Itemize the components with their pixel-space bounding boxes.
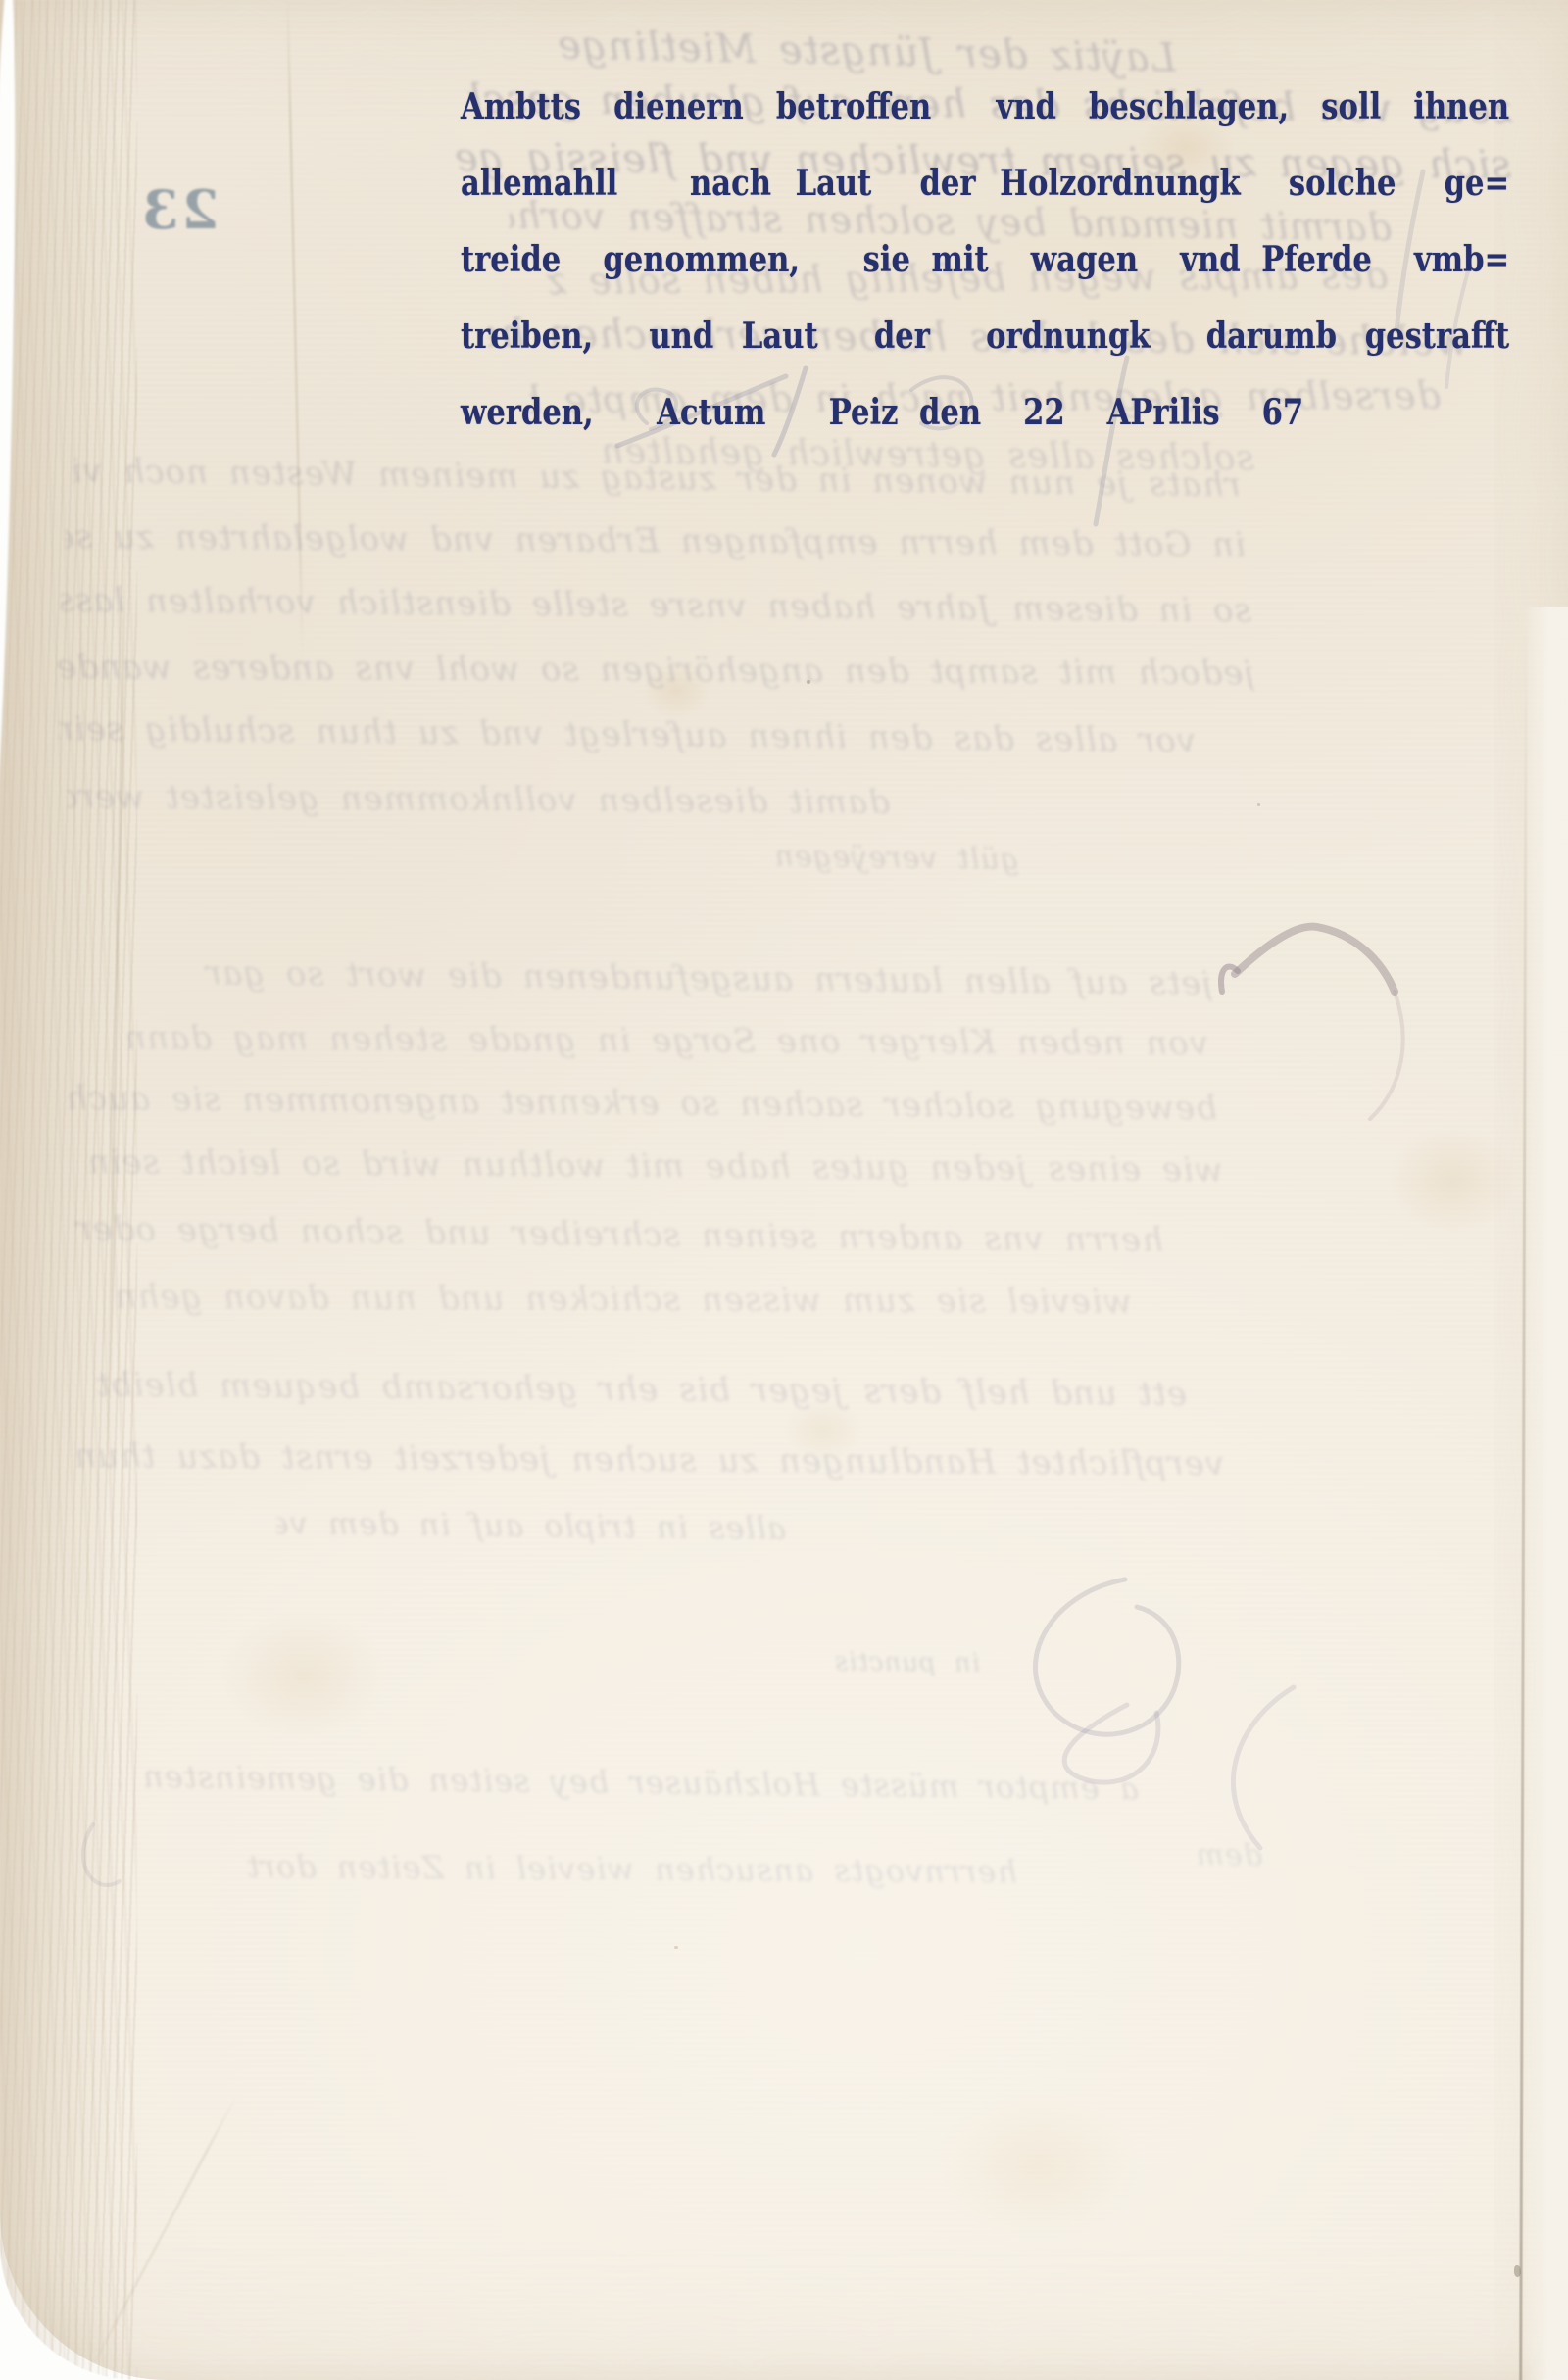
transcription-line: treide genommen, sie mit wagen vnd Pferd… [461,221,1509,298]
transcription-line: werden, Actum Peiz den 22 APrilis 67 [461,374,1303,451]
ink-speck [674,1946,678,1949]
under-page-strip [1523,607,1568,2380]
page-number-bleed: 23 [139,178,219,241]
ink-speck [807,680,810,684]
book-binding-edge [0,0,137,2380]
edge-nick [1514,2265,1521,2277]
scanned-document: Laÿtiz der Jüngste Mietlinge gefaßtzeug … [0,0,1568,2380]
transcription-line: treiben, und Laut der ordnungk darumb ge… [461,298,1509,374]
transcription-text-block: Ambtts dienern betroffen vnd beschlagen,… [461,69,1509,451]
transcription-line: Ambtts dienern betroffen vnd beschlagen,… [461,69,1509,145]
transcription-line: allemahll nach Laut der Holzordnungk sol… [461,145,1509,221]
ink-speck [1257,803,1260,806]
